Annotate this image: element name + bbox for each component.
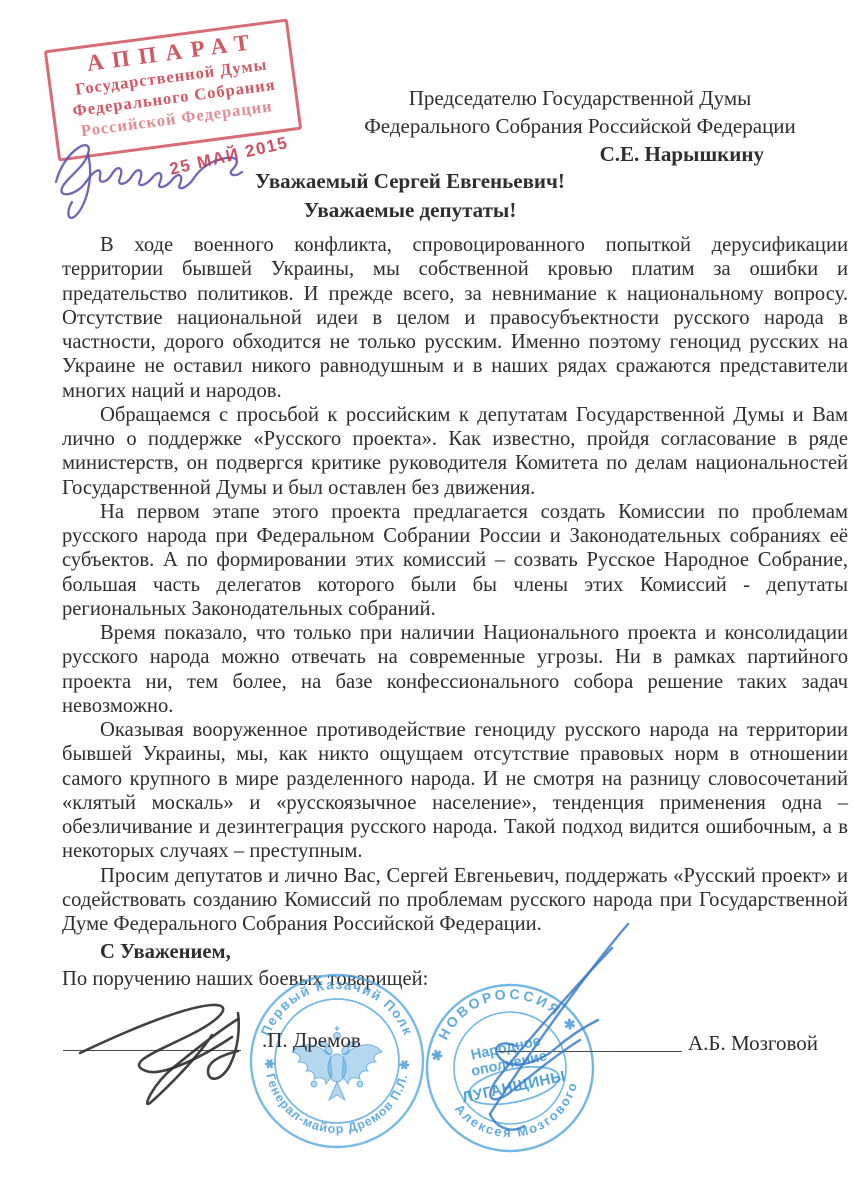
salutation-line: Уважаемые депутаты! (175, 196, 645, 225)
salutation-block: Уважаемый Сергей Евгеньевич! Уважаемые д… (175, 167, 645, 224)
recipient-block: Председателю Государственной Думы Федера… (340, 84, 820, 168)
signature-name-mozgovoy: А.Б. Мозговой (688, 1031, 818, 1056)
letter-body: В ходе военного конфликта, спровоцирован… (62, 233, 848, 936)
recipient-name: С.Е. Нарышкину (340, 140, 820, 168)
recipient-line: Председателю Государственной Думы (340, 84, 820, 112)
recipient-line: Федерального Собрания Российской Федерац… (340, 112, 820, 140)
paragraph: На первом этапе этого проекта предлагает… (62, 500, 848, 621)
paragraph: Оказывая вооруженное противодействие ген… (62, 718, 848, 864)
paragraph: Время показало, что только при наличии Н… (62, 621, 848, 718)
paragraph: В ходе военного конфликта, спровоцирован… (62, 233, 848, 403)
mozgovoy-signature (432, 918, 652, 1153)
dremov-signature (62, 985, 302, 1125)
scanned-letter-page: АППАРАТ Государственной Думы Федеральног… (0, 0, 864, 1181)
paragraph: Обращаемся с просьбой к российским к деп… (62, 403, 848, 500)
salutation-line: Уважаемый Сергей Евгеньевич! (175, 167, 645, 196)
